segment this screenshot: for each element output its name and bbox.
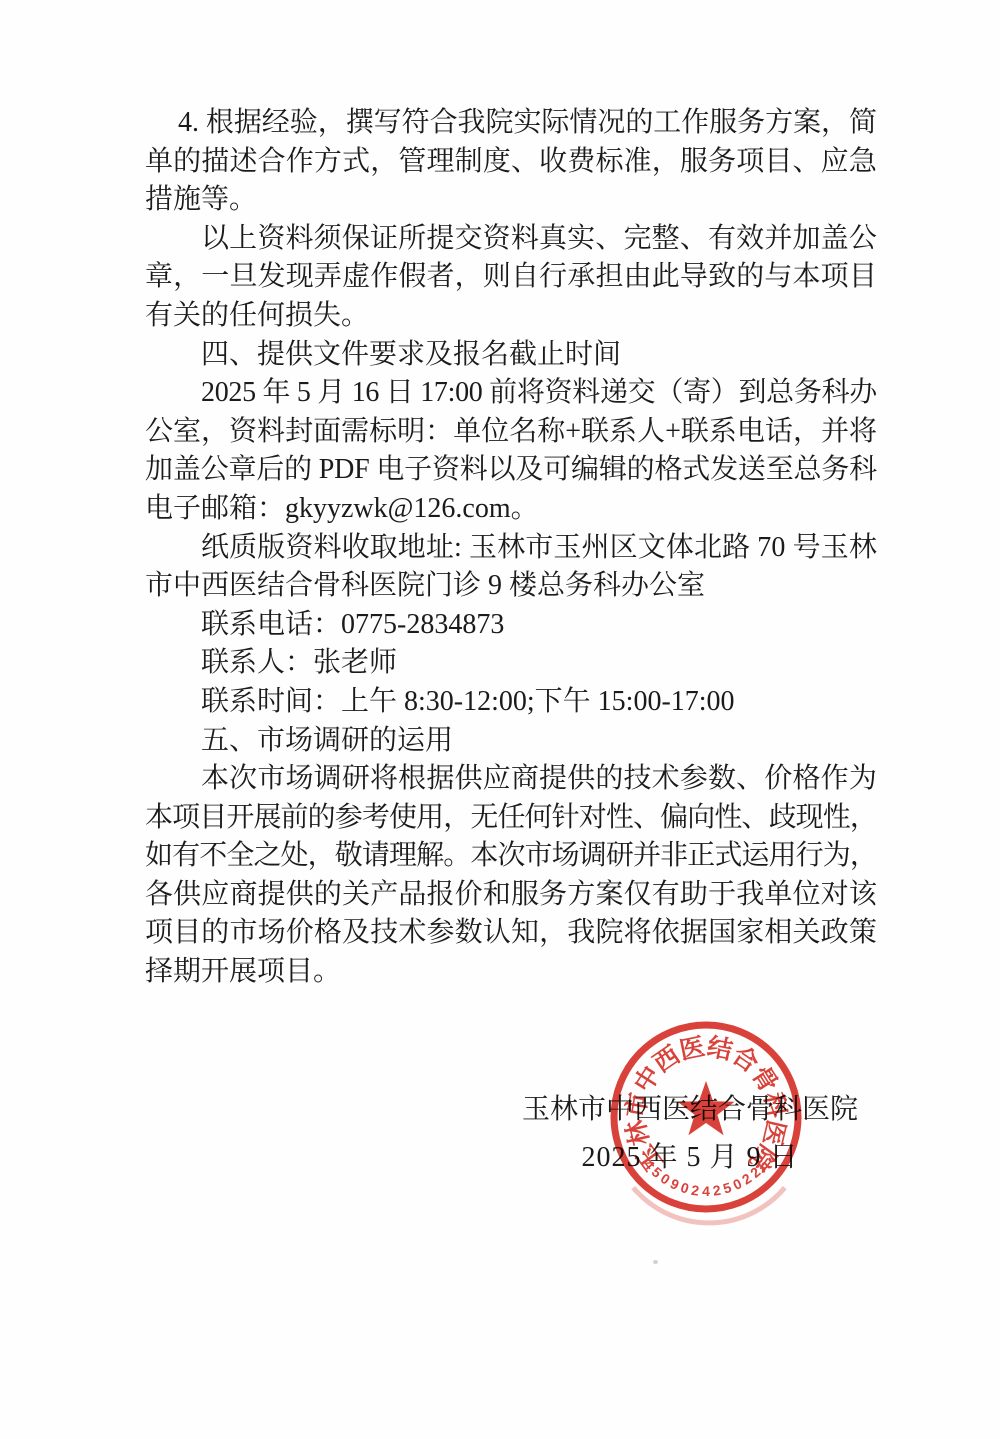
text-line: 章，一旦发现弄虚作假者，则自行承担由此导致的与本项目	[145, 258, 877, 297]
scanned-document-page: 4. 根据经验，撰写符合我院实际情况的工作服务方案，简单的描述合作方式，管理制度…	[0, 0, 1000, 1439]
svg-text:医: 医	[677, 1033, 707, 1065]
text-line: 择期开展项目。	[145, 953, 877, 992]
text-line: 五、市场调研的运用	[145, 722, 877, 761]
text-line: 2025 年 5 月 16 日 17:00 前将资料递交（寄）到总务科办	[145, 374, 877, 413]
text-line: 项目的市场价格及技术参数认知，我院将依据国家相关政策	[145, 914, 877, 953]
text-line: 电子邮箱：gkyyzwk@126.com。	[145, 490, 877, 529]
text-line: 以上资料须保证所提交资料真实、完整、有效并加盖公	[145, 220, 877, 259]
text-line: 联系人：张老师	[145, 644, 877, 683]
svg-text:2: 2	[712, 1182, 722, 1199]
text-line: 各供应商提供的关产品报价和服务方案仅有助于我单位对该	[145, 876, 877, 915]
text-line: 联系时间：上午 8:30-12:00;下午 15:00-17:00	[145, 683, 877, 722]
text-line: 有关的任何损失。	[145, 297, 877, 336]
svg-text:林: 林	[622, 1116, 655, 1148]
text-line: 如有不全之处，敬请理解。本次市场调研并非正式运用行为，	[145, 837, 877, 876]
seal-star-icon	[678, 1081, 735, 1135]
text-line: 四、提供文件要求及报名截止时间	[145, 336, 877, 375]
svg-text:科: 科	[759, 1090, 791, 1120]
text-line: 本次市场调研将根据供应商提供的技术参数、价格作为	[145, 760, 877, 799]
text-line: 联系电话：0775-2834873	[145, 606, 877, 645]
scan-speck	[653, 1260, 658, 1264]
official-seal-icon: 玉林市中西医结合骨科医院 4509024250226	[591, 1002, 821, 1232]
text-line: 单的描述合作方式，管理制度、收费标准，服务项目、应急	[145, 143, 877, 182]
text-line: 公室，资料封面需标明：单位名称+联系人+联系电话，并将	[145, 413, 877, 452]
text-line: 纸质版资料收取地址: 玉林市玉州区文体北路 70 号玉林	[145, 529, 877, 568]
svg-text:2: 2	[690, 1182, 700, 1199]
svg-text:0: 0	[679, 1179, 691, 1197]
text-line: 本项目开展前的参考使用，无任何针对性、偏向性、歧现性，	[145, 799, 877, 838]
text-line: 措施等。	[145, 181, 877, 220]
text-line: 加盖公章后的 PDF 电子资料以及可编辑的格式发送至总务科	[145, 451, 877, 490]
text-line: 4. 根据经验，撰写符合我院实际情况的工作服务方案，简	[145, 104, 877, 143]
document-body: 4. 根据经验，撰写符合我院实际情况的工作服务方案，简单的描述合作方式，管理制度…	[145, 104, 877, 992]
text-line: 市中西医结合骨科医院门诊 9 楼总务科办公室	[145, 567, 877, 606]
svg-text:4: 4	[702, 1183, 710, 1199]
